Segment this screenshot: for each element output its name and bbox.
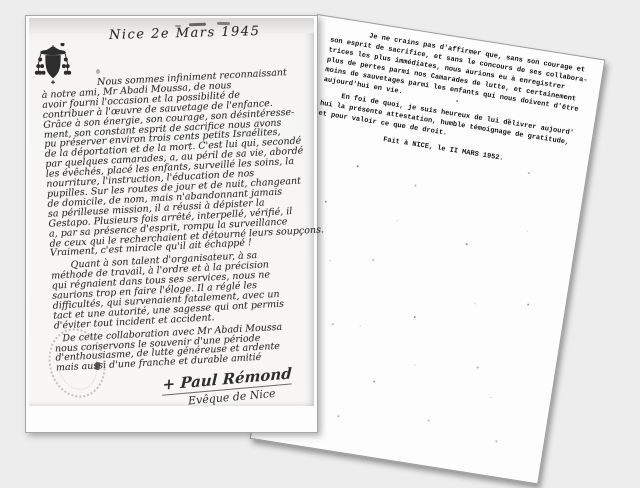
handwritten-paragraph-1: Nous sommes infiniment reconnaissant à n… [41,68,306,259]
handwritten-paragraph-2: Quant à son talent d'organisateur, à sa … [50,249,309,332]
scan-blemish [96,69,100,74]
scanned-documents-collage: Je ne crains pas d'affirmer que, sans so… [0,0,640,488]
signature-block: + Paul Rémond Evêque de Nice [161,364,293,409]
letter-place-date: Nice 2e Mars 1945 [109,24,261,43]
handwritten-letter-page: Nice 2e Mars 1945 Nous sommes infiniment… [25,15,318,433]
letter-scan-area: Nice 2e Mars 1945 Nous sommes infiniment… [29,18,314,406]
typed-text-block: Je ne crains pas d'affirmer que, sans so… [315,26,595,176]
